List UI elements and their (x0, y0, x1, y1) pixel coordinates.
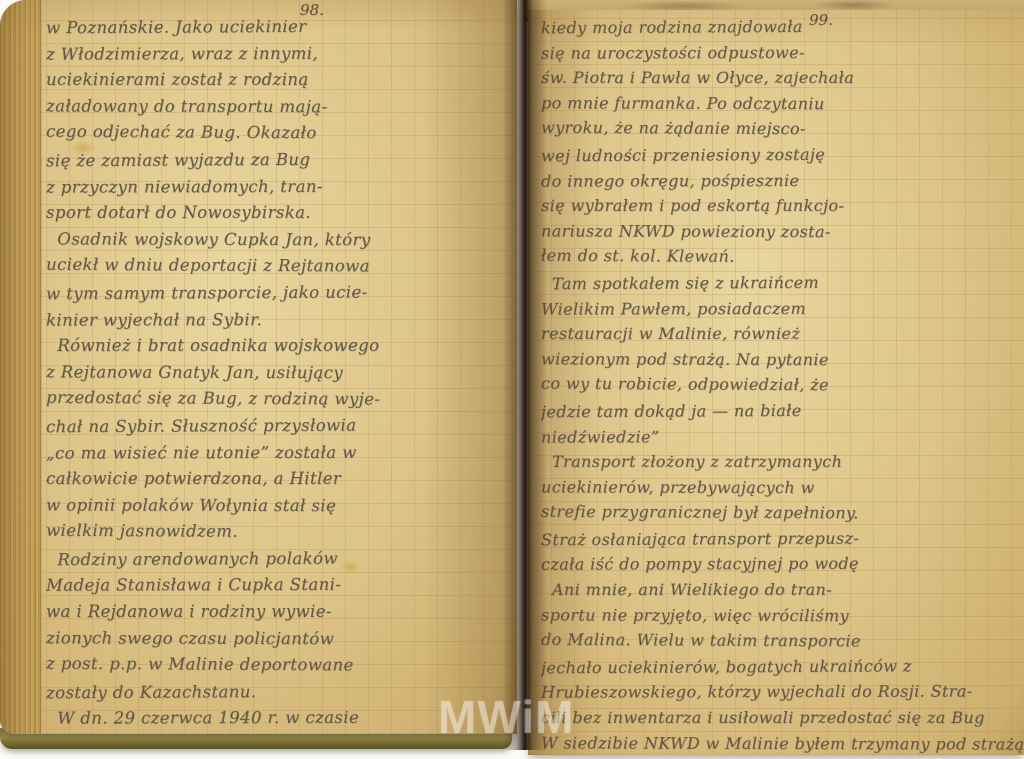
handwriting-line: z przyczyn niewiadomych, tran- (46, 173, 515, 201)
handwriting-line: się na uroczystości odpustowe- (541, 39, 1024, 66)
handwriting-line: Madeja Stanisława i Cupka Stani- (46, 572, 515, 600)
handwriting-line: jedzie tam dokąd ja — na białe (541, 397, 1024, 425)
open-book: 98. w Poznańskie. Jako uciekinierz Włodz… (0, 0, 1024, 759)
handwriting-line: Wielikim Pawłem, posiadaczem (541, 295, 1024, 322)
handwriting-line: łem do st. kol. Klewań. (541, 243, 1024, 271)
handwriting-line: z post. p.p. w Malinie deportowane (46, 651, 515, 680)
handwriting-line: nariusza NKWD powieziony zosta- (541, 218, 1024, 245)
handwriting-line: wa i Rejdanowa i rodziny wywie- (46, 599, 515, 626)
handwriting-line: strefie przygranicznej był zapełniony. (541, 499, 1024, 527)
handwriting-line: po mnie furmanka. Po odczytaniu (541, 90, 1024, 117)
handwriting-line: sportu nie przyjęto, więc wróciliśmy (541, 602, 1024, 629)
handwriting-line: cego odjechać za Bug. Okazało (46, 119, 515, 148)
handwriting-line: do innego okręgu, pośpiesznie (541, 167, 1024, 194)
handwriting-line: się że zamiast wyjazdu za Bug (46, 146, 515, 175)
handwriting-line: przedostać się za Bug, z rodziną wyje- (46, 385, 515, 414)
handwriting-line: Transport złożony z zatrzymanych (541, 449, 1024, 475)
handwriting-line: wej ludności przeniesiony zostaję (541, 141, 1024, 169)
handwriting-line: uciekł w dniu deportacji z Rejtanowa (46, 252, 515, 281)
handwriting-line: cili bez inwentarza i usiłowali przedost… (541, 705, 1024, 731)
handwriting-line: załadowany do transportu mają- (46, 93, 515, 121)
handwriting-line: św. Piotra i Pawła w Ołyce, zajechała (541, 65, 1024, 91)
archive-watermark: MWiM (438, 690, 574, 744)
handwriting-line: uciekinierów, przebywających w (541, 474, 1024, 501)
handwriting-line: uciekinierami został z rodziną (46, 67, 515, 94)
handwriting-line: Tam spotkałem się z ukraińcem (541, 269, 1024, 297)
handwriting-line: chał na Sybir. Słuszność przysłowia (46, 412, 515, 441)
handwriting-line: do Malina. Wielu w takim transporcie (541, 627, 1024, 655)
handwriting-line: całkowicie potwierdzona, a Hitler (46, 466, 515, 493)
handwriting-line: wielkim jasnowidzem. (46, 518, 515, 547)
left-page: 98. w Poznańskie. Jako uciekinierz Włodz… (0, 0, 517, 734)
handwriting-line: czała iść do pompy stacyjnej po wodę (541, 551, 1024, 578)
handwriting-line: Ani mnie, ani Wielikiego do tran- (541, 577, 1024, 603)
handwriting-line: restauracji w Malinie, również (541, 321, 1024, 347)
handwriting-line: Hrubieszowskiego, którzy wyjechali do Ro… (541, 679, 1024, 706)
handwriting-line: kiedy moja rodzina znajdowała (541, 13, 1024, 41)
handwriting-line: Straż osłaniająca transport przepusz- (541, 525, 1024, 553)
handwriting-line: zionych swego czasu policjantów (46, 625, 515, 653)
photo-of-open-diary: 98. w Poznańskie. Jako uciekinierz Włodz… (0, 0, 1024, 759)
handwriting-line: z Włodzimierza, wraz z innymi, (46, 40, 515, 68)
handwriting-left-page: w Poznańskie. Jako uciekinierz Włodzimie… (46, 14, 515, 732)
handwriting-line: co wy tu robicie, odpowiedział, że (541, 371, 1024, 399)
handwriting-line: się wybrałem i pod eskortą funkcjo- (541, 193, 1024, 219)
handwriting-line: „co ma wisieć nie utonie” została w (46, 439, 515, 467)
handwriting-line: sport dotarł do Nowosybirska. (46, 200, 515, 227)
right-page: 99. kiedy moja rodzina znajdowałasię na … (528, 10, 1024, 755)
handwriting-right-page: kiedy moja rodzina znajdowałasię na uroc… (541, 14, 1024, 756)
handwriting-line: kinier wyjechał na Sybir. (46, 306, 515, 334)
handwriting-line: niedźwiedzie” (541, 423, 1024, 450)
handwriting-line: W siedzibie NKWD w Malinie byłem trzyman… (541, 730, 1024, 757)
handwriting-line: Rodziny arendowanych polaków (46, 545, 515, 574)
handwriting-line: jechało uciekinierów, bogatych ukraińców… (541, 653, 1024, 681)
handwriting-line: w Poznańskie. Jako uciekinier (46, 13, 515, 42)
handwriting-line: Osadnik wojskowy Cupka Jan, który (46, 226, 515, 254)
handwriting-line: wyroku, że na żądanie miejsco- (541, 115, 1024, 143)
handwriting-line: wiezionym pod strażą. Na pytanie (541, 346, 1024, 373)
handwriting-line: z Rejtanowa Gnatyk Jan, usiłujący (46, 359, 515, 387)
handwriting-line: Również i brat osadnika wojskowego (46, 333, 515, 360)
handwriting-line: w opinii polaków Wołynia stał się (46, 492, 515, 520)
handwriting-line: w tym samym transporcie, jako ucie- (46, 279, 515, 308)
book-gutter (503, 0, 547, 750)
